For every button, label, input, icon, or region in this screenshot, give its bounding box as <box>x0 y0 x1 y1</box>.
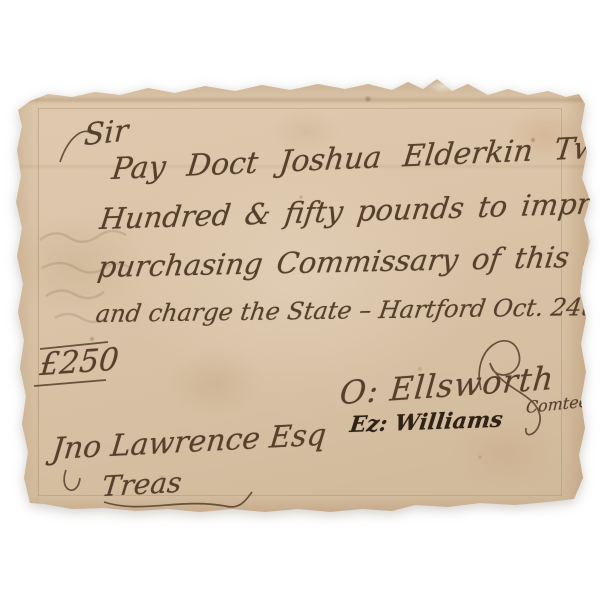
treasurer-abbreviation: Treas <box>100 466 183 503</box>
photo-background: Sir Pay Doct Joshua Elderkin Two Hundred… <box>0 0 600 600</box>
top-fold-crease <box>16 96 584 104</box>
manuscript-paper: Sir Pay Doct Joshua Elderkin Two Hundred… <box>0 0 600 600</box>
amount-text: £250 <box>38 341 120 383</box>
salutation-text: Sir <box>83 113 129 153</box>
document-paper-wrap: Sir Pay Doct Joshua Elderkin Two Hundred… <box>0 0 600 600</box>
left-fold-crease <box>36 92 39 508</box>
signature-williams: Ez: Williams <box>348 407 504 438</box>
